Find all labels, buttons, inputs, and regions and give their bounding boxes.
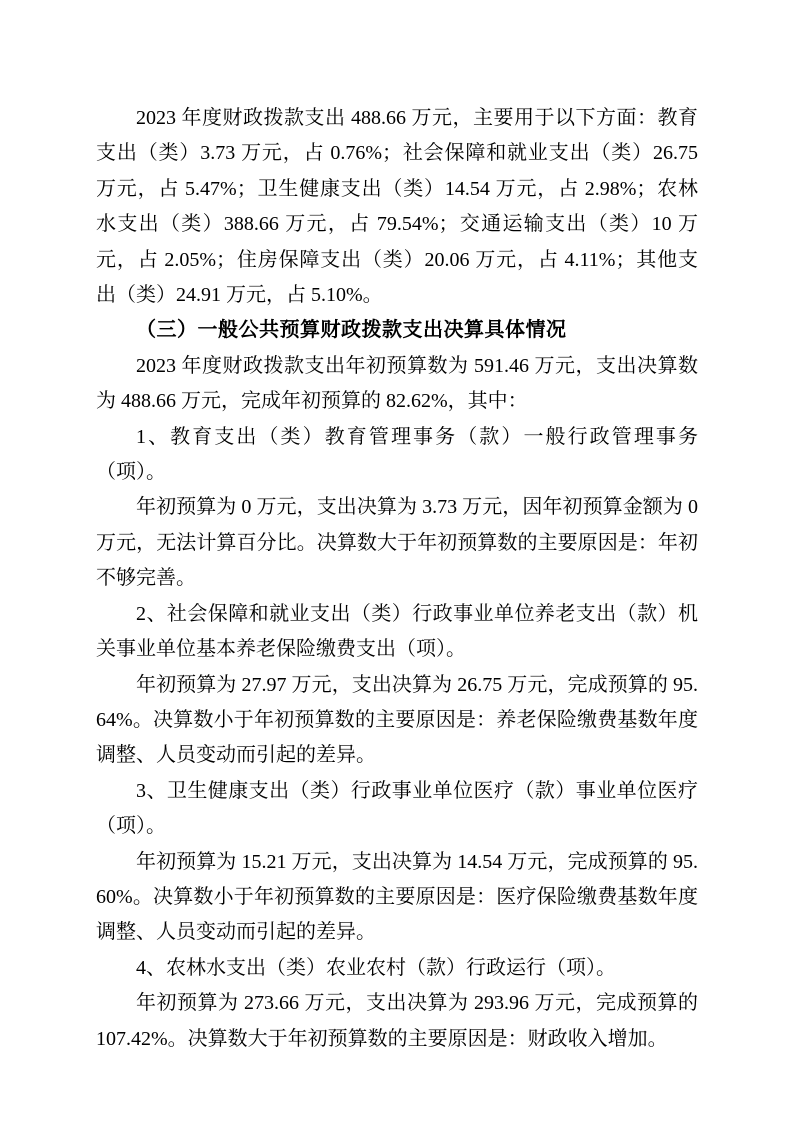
item-3-health-title: 3、卫生健康支出（类）行政事业单位医疗（款）事业单位医疗（项）。 [96, 774, 698, 845]
paragraph-expenditure-breakdown: 2023 年度财政拨款支出 488.66 万元，主要用于以下方面：教育支出（类）… [96, 101, 698, 313]
item-3-health-detail: 年初预算为 15.21 万元，支出决算为 14.54 万元，完成预算的 95.6… [96, 845, 698, 951]
item-1-education-detail: 年初预算为 0 万元，支出决算为 3.73 万元，因年初预算金额为 0 万元，无… [96, 490, 698, 596]
item-1-education-title: 1、教育支出（类）教育管理事务（款）一般行政管理事务（项）。 [96, 420, 698, 491]
section-heading-general-budget-expenditure-details: （三）一般公共预算财政拨款支出决算具体情况 [96, 313, 698, 348]
item-4-agriculture-title: 4、农林水支出（类）农业农村（款）行政运行（项）。 [96, 951, 698, 986]
document-content: 2023 年度财政拨款支出 488.66 万元，主要用于以下方面：教育支出（类）… [96, 101, 698, 1057]
document-page: 2023 年度财政拨款支出 488.66 万元，主要用于以下方面：教育支出（类）… [0, 0, 793, 1122]
item-2-social-security-title: 2、社会保障和就业支出（类）行政事业单位养老支出（款）机关事业单位基本养老保险缴… [96, 597, 698, 668]
item-4-agriculture-detail: 年初预算为 273.66 万元，支出决算为 293.96 万元，完成预算的 10… [96, 986, 698, 1057]
paragraph-budget-vs-final-summary: 2023 年度财政拨款支出年初预算数为 591.46 万元，支出决算数为 488… [96, 349, 698, 420]
item-2-social-security-detail: 年初预算为 27.97 万元，支出决算为 26.75 万元，完成预算的 95.6… [96, 668, 698, 774]
